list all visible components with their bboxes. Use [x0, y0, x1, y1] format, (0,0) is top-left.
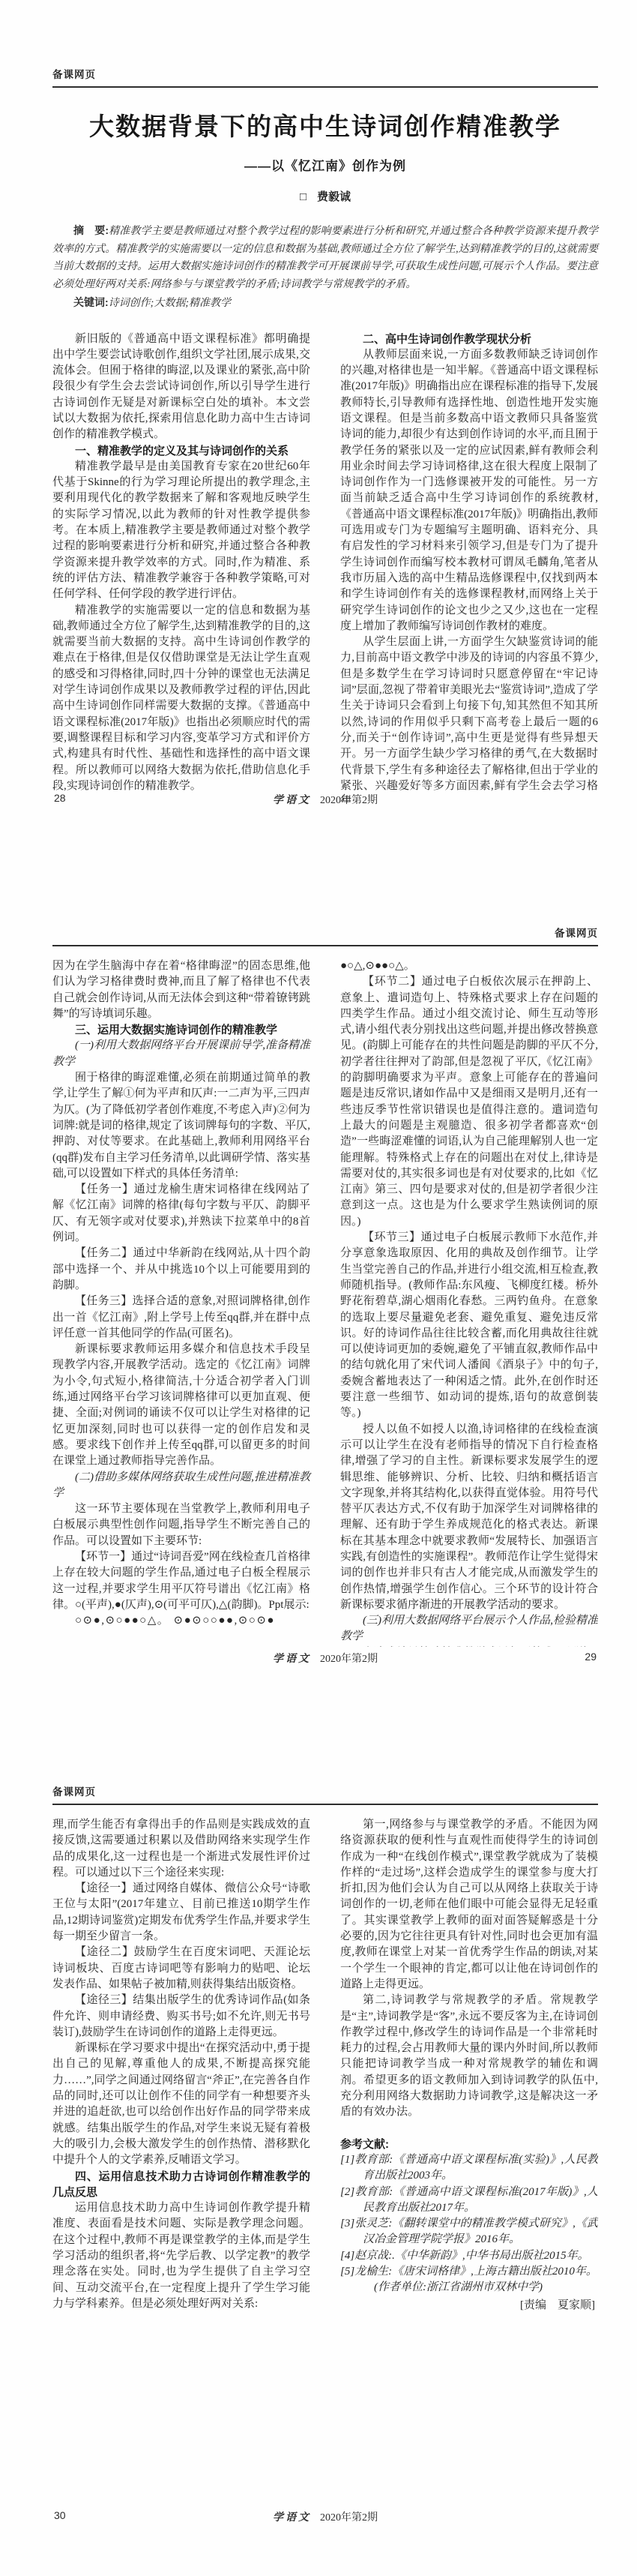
right-column: 二、高中生诗词创作教学现状分析从教师层面来说,一方面多数教师缺乏诗词创作的兴趣,…: [340, 331, 598, 802]
body-paragraph: 授人以鱼不如授人以渔,诗词格律的在线检查演示可以让学生在没有老师指导的情况下自行…: [340, 1422, 598, 1614]
body-paragraph: 【途径三】结集出版学生的优秀诗词作品(如条件允许、则申请经费、购买书号;如不允许…: [52, 1993, 310, 2041]
section-heading: 四、运用信息技术助力古诗词创作精准教学的几点反思: [52, 2169, 310, 2201]
body-paragraph: 囿于格律的晦涩难懂,必须在前期通过简单的教学,让学生了解①何为平声和仄声:一二声…: [52, 1070, 310, 1182]
journal-mark: 学语文2020年第2期: [52, 1651, 598, 1666]
author-name: 费毅诚: [317, 190, 351, 203]
journal-mark: 学语文2020年第2期: [52, 2509, 598, 2524]
body-paragraph-continued: 因为在学生脑海中存在着“格律晦涩”的固态思维,他们认为学习格律费时费神,而且了解…: [52, 958, 310, 1022]
body-paragraph: 实践成效是检验精准教学成果与否的唯一硬道: [340, 1645, 598, 1647]
body-paragraph: 【途径一】通过网络自媒体、微信公众号“诗歌王位与太阳”(2017年建立、目前已推…: [52, 1881, 310, 1945]
author-line: □费毅诚: [52, 188, 598, 204]
keywords-label: 关键词:: [73, 296, 109, 308]
keywords: 关键词:诗词创作;大数据;精准教学: [52, 294, 598, 313]
left-column: 因为在学生脑海中存在着“格律晦涩”的固态思维,他们认为学习格律费时费神,而且了解…: [52, 958, 310, 1647]
running-head: 备课网页: [52, 1783, 598, 1798]
body-paragraph: 第一,网络参与与课堂教学的矛盾。不能因为网络资源获取的便利性与直观性而使得学生的…: [340, 1817, 598, 1993]
left-column: 新旧版的《普通高中语文课程标准》都明确提出中学生要尝试诗歌创作,组织文学社团,展…: [52, 331, 310, 802]
subsection-heading: (二)借助多媒体网络获取生成性问题,推进精准教学: [52, 1470, 310, 1502]
body-paragraph: 【环节三】通过电子白板展示教师下水范作,并分享意象选取原因、化用的典故及创作细节…: [340, 1230, 598, 1422]
abstract: 摘 要:精准教学主要是教师通过对整个教学过程的影响要素进行分析和研究,并通过整合…: [52, 222, 598, 293]
author-affiliation: (作者单位:浙江省湖州市双林中学): [340, 2280, 598, 2296]
body-paragraph: 精准教学最早是由美国教育专家在20世纪60年代基于Skinne的行为学习理论所提…: [52, 459, 310, 603]
right-column: 第一,网络参与与课堂教学的矛盾。不能因为网络资源获取的便利性与直观性而使得学生的…: [340, 1817, 598, 2506]
body-paragraph: 新课标要求教师运用多媒介和信息技术手段呈现教学内容,开展教学活动。选定的《忆江南…: [52, 1342, 310, 1469]
body-paragraph: 【任务二】通过中华新韵在线网站,从十四个韵部中选择一个、并从中挑选10个以上可能…: [52, 1246, 310, 1294]
body-paragraph-continued: 理,而学生能否有拿得出手的作品则是实践成效的直接反馈,这需要通过积累以及借助网络…: [52, 1817, 310, 1881]
abstract-label: 摘 要:: [73, 224, 109, 236]
body-paragraph: 【途径二】鼓励学生在百度宋词吧、天涯论坛诗词板块、百度古诗词吧等有影响力的贴吧、…: [52, 1945, 310, 1993]
body-paragraph: 【环节一】通过“诗词吾爱”网在线检查几首格律上存在较大问题的学生作品,通过电子白…: [52, 1549, 310, 1613]
header-rule: [52, 1804, 598, 1805]
running-head-label: 备课网页: [555, 925, 598, 940]
running-head-label: 备课网页: [52, 66, 96, 81]
body-paragraph: 【环节二】通过电子白板依次展示在押韵上、意象上、遣词造句上、特殊格式要求上存在问…: [340, 974, 598, 1230]
journal-issue: 2020年第2期: [320, 1654, 378, 1665]
body-paragraph: 【任务三】选择合适的意象,对照词牌格律,创作出一首《忆江南》,附上学号上传至qq…: [52, 1294, 310, 1342]
reference-item: [3]张灵芝:《翻转课堂中的精准教学模式研究》,《武汉冶金管理学院学报》2016…: [340, 2216, 598, 2248]
body-paragraph: 【任务一】通过龙榆生唐宋词格律在线网站了解《忆江南》词牌的格律(每句字数与平仄、…: [52, 1182, 310, 1246]
journal-mark: 学语文2020年第2期: [52, 792, 598, 807]
running-head: 备课网页: [52, 925, 598, 940]
article-title: 大数据背景下的高中生诗词创作精准教学: [52, 110, 598, 143]
header-rule: [52, 86, 598, 88]
editor-note: [责编 夏家顺]: [340, 2298, 598, 2314]
running-head-label: 备课网页: [52, 1783, 96, 1798]
page-footer: 学语文2020年第2期 29: [52, 1651, 598, 1667]
section-heading: 一、精准教学的定义及其与诗词创作的关系: [52, 443, 310, 459]
journal-name: 学语文: [273, 2512, 311, 2524]
page-30: 备课网页 理,而学生能否有拿得出手的作品则是实践成效的直接反馈,这需要通过积累以…: [0, 1717, 637, 2576]
page-number: 29: [585, 1651, 597, 1663]
two-column-body: 理,而学生能否有拿得出手的作品则是实践成效的直接反馈,这需要通过积累以及借助网络…: [52, 1817, 598, 2506]
body-paragraph: 这一环节主要体现在当堂教学上,教师利用电子白板展示典型性创作问题,指导学生不断完…: [52, 1501, 310, 1549]
reference-item: [2]教育部:《普通高中语文课程标准(2017年版)》,人民教育出版社2017年…: [340, 2185, 598, 2217]
reference-item: [5]龙榆生:《唐宋词格律》,上海古籍出版社2010年。: [340, 2264, 598, 2280]
body-paragraph: 运用信息技术助力高中生诗词创作教学提升精准度、表面看是技术问题、实际是教学理念问…: [52, 2200, 310, 2312]
journal-issue: 2020年第2期: [320, 2512, 378, 2524]
page-29: 备课网页 因为在学生脑海中存在着“格律晦涩”的固态思维,他们认为学习格律费时费神…: [0, 859, 637, 1717]
right-column: ●○△,⊙●●○△。【环节二】通过电子白板依次展示在押韵上、意象上、遣词造句上、…: [340, 958, 598, 1647]
body-paragraph: 从学生层面上讲,一方面学生欠缺鉴赏诗词的能力,目前高中语文教学中涉及的诗词的内容…: [340, 634, 598, 802]
page-footer: 28 学语文2020年第2期: [52, 792, 598, 808]
left-column: 理,而学生能否有拿得出手的作品则是实践成效的直接反馈,这需要通过积累以及借助网络…: [52, 1817, 310, 2506]
body-paragraph: 新旧版的《普通高中语文课程标准》都明确提出中学生要尝试诗歌创作,组织文学社团,展…: [52, 331, 310, 443]
journal-issue: 2020年第2期: [320, 795, 378, 806]
abstract-text: 精准教学主要是教师通过对整个教学过程的影响要素进行分析和研究,并通过整合各种教学…: [52, 226, 598, 290]
journal-name: 学语文: [273, 795, 311, 806]
body-paragraph: 精准教学的实施需要以一定的信息和数据为基础,教师通过全方位了解学生,达到精准教学…: [52, 603, 310, 795]
two-column-body: 新旧版的《普通高中语文课程标准》都明确提出中学生要尝试诗歌创作,组织文学社团,展…: [52, 331, 598, 802]
header-rule: [52, 945, 598, 946]
running-head: 备课网页: [52, 66, 598, 81]
article-subtitle: ——以《忆江南》创作为例: [52, 155, 598, 174]
subsection-heading: (一)利用大数据网络平台开展课前导学,准备精准教学: [52, 1038, 310, 1070]
section-heading: 二、高中生诗词创作教学现状分析: [340, 331, 598, 347]
body-paragraph: 从教师层面来说,一方面多数教师缺乏诗词创作的兴趣,对格律也是一知半解。《普通高中…: [340, 347, 598, 634]
author-marker: □: [300, 190, 307, 203]
page-footer: 30 学语文2020年第2期: [52, 2509, 598, 2526]
section-heading: 三、运用大数据实施诗词创作的精准教学: [52, 1022, 310, 1038]
references-heading: 参考文献:: [340, 2137, 598, 2152]
scanned-journal-article: 备课网页 大数据背景下的高中生诗词创作精准教学 ——以《忆江南》创作为例 □费毅…: [0, 0, 637, 2576]
body-paragraph: 新课标在学习要求中提出“在探究活动中,勇于提出自己的见解,尊重他人的成果,不断提…: [52, 2041, 310, 2168]
journal-name: 学语文: [273, 1654, 311, 1665]
page-28: 备课网页 大数据背景下的高中生诗词创作精准教学 ——以《忆江南》创作为例 □费毅…: [0, 0, 637, 859]
keywords-text: 诗词创作;大数据;精准教学: [109, 298, 231, 309]
reference-item: [1]教育部:《普通高中语文课程标准(实验)》,人民教育出版社2003年。: [340, 2152, 598, 2185]
subsection-heading: (三)利用大数据网络平台展示个人作品,检验精准教学: [340, 1613, 598, 1645]
body-paragraph: 第二,诗词教学与常规教学的矛盾。常规教学是“主”,诗词教学是“客”,永远不要反客…: [340, 1993, 598, 2120]
meter-notation-line: ○⊙●,⊙○●●○△。 ⊙●⊙○○●●,⊙○⊙●: [52, 1613, 310, 1629]
two-column-body: 因为在学生脑海中存在着“格律晦涩”的固态思维,他们认为学习格律费时费神,而且了解…: [52, 958, 598, 1647]
body-paragraph-continued: ●○△,⊙●●○△。: [340, 958, 598, 974]
reference-item: [4]赵京战:.《中华新韵》,中华书局出版社2015年。: [340, 2248, 598, 2264]
